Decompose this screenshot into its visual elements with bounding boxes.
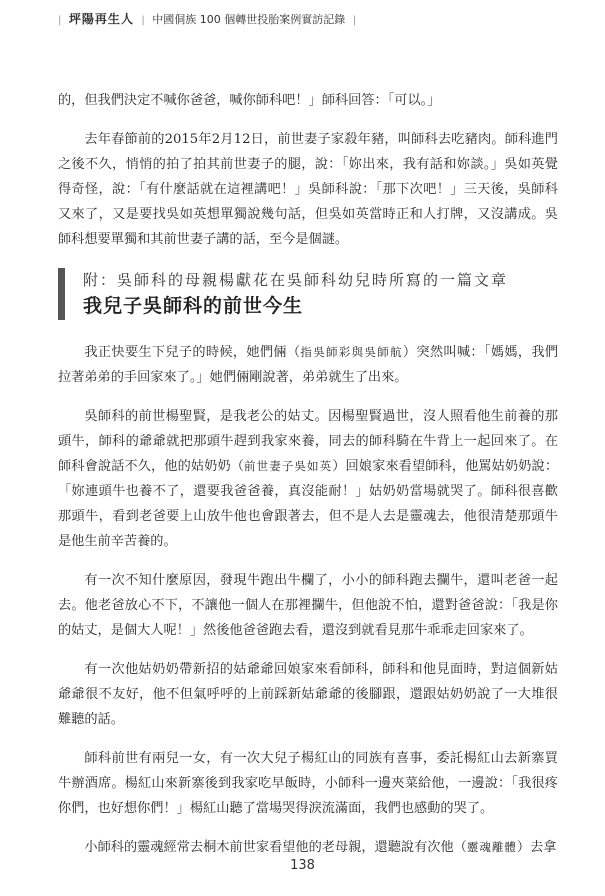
text: ）去拿 [517, 840, 557, 855]
section-heading: 附：吳師科的母親楊獻花在吳師科幼兒時所寫的一篇文章 我兒子吳師科的前世今生 [58, 268, 508, 320]
header-divider: | [58, 15, 61, 26]
text: 我正快要生下兒子的時候，她們倆（ [84, 345, 300, 360]
paragraph: 有一次他姑奶奶帶新招的姑爺爺回娘家來看師科，師科和他見面時，對這個新姑爺爺很不友… [58, 657, 558, 732]
top-text: 的，但我們決定不喊你爸爸，喊你師科吧！」師科回答：「可以。」 去年春節前的201… [58, 88, 558, 266]
book-title: 坪陽再生人 [69, 12, 134, 26]
paragraph: 師科前世有兩兒一女，有一次大兒子楊紅山的同族有喜事，委託楊紅山去新寨買牛辦酒席。… [58, 746, 558, 821]
annotation: 靈魂離體 [467, 840, 517, 854]
paragraph: 小師科的靈魂經常去桐木前世家看望他的老母親，還聽說有次他（靈魂離體）去拿 [58, 835, 558, 860]
paragraph: 去年春節前的2015年2月12日，前世妻子家殺年豬，叫師科去吃豬肉。師科進門之後… [58, 127, 558, 252]
section-title: 我兒子吳師科的前世今生 [83, 292, 508, 320]
paragraph: 我正快要生下兒子的時候，她們倆（指吳師彩與吳師航）突然叫喊：「媽媽，我們拉著弟弟… [58, 340, 558, 390]
book-subtitle: 中國侗族 100 個轉世投胎案例實訪記錄 [152, 13, 345, 26]
annotation: 前世妻子吳如英 [244, 459, 332, 473]
header-divider: | [353, 15, 356, 26]
running-header: | 坪陽再生人 | 中國侗族 100 個轉世投胎案例實訪記錄 | [54, 10, 360, 27]
article-body: 我正快要生下兒子的時候，她們倆（指吳師彩與吳師航）突然叫喊：「媽媽，我們拉著弟弟… [58, 340, 558, 874]
annotation: 指吳師彩與吳師航 [300, 345, 403, 359]
section-subheading: 附：吳師科的母親楊獻花在吳師科幼兒時所寫的一篇文章 [83, 268, 508, 292]
header-divider: | [141, 15, 144, 26]
paragraph: 有一次不知什麼原因，發現牛跑出牛欄了，小小的師科跑去攔牛，還叫老爸一起去。他老爸… [58, 568, 558, 643]
paragraph: 吳師科的前世楊聖賢，是我老公的姑丈。因楊聖賢過世，沒人照看他生前養的那頭牛，師科… [58, 404, 558, 554]
paragraph: 的，但我們決定不喊你爸爸，喊你師科吧！」師科回答：「可以。」 [58, 88, 558, 113]
text: 小師科的靈魂經常去桐木前世家看望他的老母親，還聽說有次他（ [84, 840, 466, 855]
page-number: 138 [0, 858, 605, 873]
